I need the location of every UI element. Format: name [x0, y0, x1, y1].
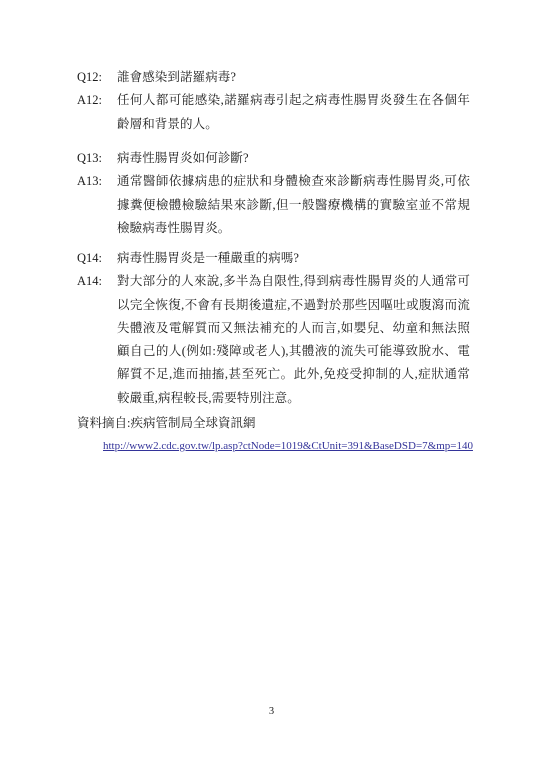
question-label: Q12:: [77, 66, 117, 89]
question-text: 病毒性腸胃炎是一種嚴重的病嗎?: [117, 247, 470, 270]
answer-text: 任何人都可能感染,諾羅病毒引起之病毒性腸胃炎發生在各個年齡層和背景的人。: [117, 89, 470, 136]
page-number: 3: [0, 705, 543, 718]
answer-text: 通常醫師依據病患的症狀和身體檢查來診斷病毒性腸胃炎,可依據糞便檢體檢驗結果來診斷…: [117, 170, 470, 240]
qa-block-q14: Q14: 病毒性腸胃炎是一種嚴重的病嗎? A14: 對大部分的人來說,多半為自限…: [77, 247, 477, 410]
source-url-container: http://www2.cdc.gov.tw/lp.asp?ctNode=101…: [103, 439, 473, 453]
question-text: 病毒性腸胃炎如何診斷?: [117, 147, 470, 170]
question-row: Q12: 誰會感染到諾羅病毒?: [77, 66, 477, 89]
question-row: Q13: 病毒性腸胃炎如何診斷?: [77, 147, 477, 170]
source-url-link[interactable]: http://www2.cdc.gov.tw/lp.asp?ctNode=101…: [103, 440, 473, 452]
question-row: Q14: 病毒性腸胃炎是一種嚴重的病嗎?: [77, 247, 477, 270]
question-label: Q13:: [77, 147, 117, 170]
document-page: Q12: 誰會感染到諾羅病毒? A12: 任何人都可能感染,諾羅病毒引起之病毒性…: [0, 0, 543, 768]
qa-block-q12: Q12: 誰會感染到諾羅病毒? A12: 任何人都可能感染,諾羅病毒引起之病毒性…: [77, 66, 477, 136]
answer-label: A14:: [77, 270, 117, 293]
answer-row: A14: 對大部分的人來說,多半為自限性,得到病毒性腸胃炎的人通常可以完全恢復,…: [77, 270, 477, 410]
answer-label: A12:: [77, 89, 117, 112]
answer-row: A13: 通常醫師依據病患的症狀和身體檢查來診斷病毒性腸胃炎,可依據糞便檢體檢驗…: [77, 170, 477, 240]
question-label: Q14:: [77, 247, 117, 270]
source-attribution: 資料摘自:疾病管制局全球資訊網: [77, 412, 255, 435]
answer-row: A12: 任何人都可能感染,諾羅病毒引起之病毒性腸胃炎發生在各個年齡層和背景的人…: [77, 89, 477, 136]
qa-block-q13: Q13: 病毒性腸胃炎如何診斷? A13: 通常醫師依據病患的症狀和身體檢查來診…: [77, 147, 477, 240]
answer-label: A13:: [77, 170, 117, 193]
answer-text: 對大部分的人來說,多半為自限性,得到病毒性腸胃炎的人通常可以完全恢復,不會有長期…: [117, 270, 470, 410]
question-text: 誰會感染到諾羅病毒?: [117, 66, 470, 89]
